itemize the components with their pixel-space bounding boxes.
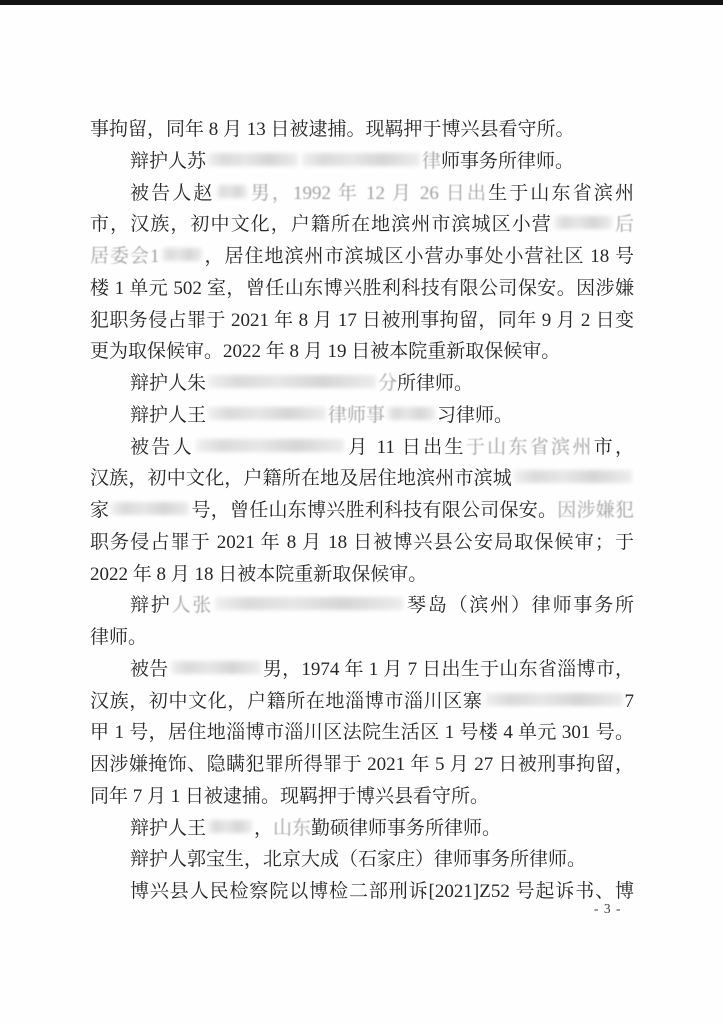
text-segment: 甲 1 号，居住地淄博市淄川区法院生活区 1 号楼 4 单元 301 号。 <box>90 722 634 743</box>
text-segment: 被告人赵 <box>130 183 215 204</box>
text-segment: 勤硕律师事务所律师。 <box>311 818 501 839</box>
redaction-blur <box>514 470 632 483</box>
redaction-blur <box>111 502 189 515</box>
text-segment: 男，1974 年 1 月 7 日出生于山东省淄博市， <box>263 659 634 680</box>
redaction-blur <box>162 248 202 261</box>
text-segment: 市， <box>594 437 634 458</box>
text-line: 辩护人苏律师事务所律师。 <box>90 146 634 178</box>
redaction-blur <box>208 153 298 166</box>
redaction-blur <box>208 407 326 420</box>
text-line: 居委会1，居住地滨州市滨城区小营办事处小营社区 18 号 <box>90 241 634 273</box>
text-line: 辩护人郭宝生，北京大成（石家庄）律师事务所律师。 <box>90 844 634 876</box>
redaction-blur <box>302 153 420 166</box>
text-segment: 事拘留，同年 8 月 13 日被逮捕。现羁押于博兴县看守所。 <box>90 119 575 140</box>
redaction-blur <box>554 216 612 229</box>
text-segment: 辩护人王 <box>130 818 206 839</box>
redaction-blur <box>208 820 252 833</box>
document-body: 事拘留，同年 8 月 13 日被逮捕。现羁押于博兴县看守所。辩护人苏律师事务所律… <box>90 114 634 908</box>
text-segment: 汉族，初中文化，户籍所在地淄博市淄川区寨 <box>90 691 483 712</box>
text-line: 被告人赵男，1992 年 12 月 26 日出生于山东省滨州 <box>90 178 634 210</box>
text-line: 家号，曾任山东博兴胜利科技有限公司保安。因涉嫌犯 <box>90 495 634 527</box>
text-line: 更为取保候审。2022 年 8 月 19 日被本院重新取保候审。 <box>90 336 634 368</box>
text-line: 博兴县人民检察院以博检二部刑诉[2021]Z52 号起诉书、博 <box>90 876 634 908</box>
redaction-blur <box>387 407 435 420</box>
text-line: 职务侵占罪于 2021 年 8 月 18 日被博兴县公安局取保候审；于 <box>90 527 634 559</box>
text-line: 辩护人朱分所律师。 <box>90 368 634 400</box>
text-line: 辩护人张琴岛（滨州）律师事务所 <box>90 590 634 622</box>
text-line: 汉族，初中文化，户籍所在地及居住地滨州市滨城 <box>90 463 634 495</box>
text-segment: 琴岛（滨州）律师事务所 <box>405 595 634 616</box>
text-segment: 家 <box>90 500 109 521</box>
text-segment: 辩护人苏 <box>130 151 206 172</box>
text-segment: 因涉嫌犯 <box>557 500 634 521</box>
text-line: 犯职务侵占罪于 2021 年 8 月 17 日被刑事拘留，同年 9 月 2 日变 <box>90 305 634 337</box>
text-segment: 习律师。 <box>437 405 513 426</box>
redaction-blur <box>196 439 344 452</box>
text-segment: 律师。 <box>90 627 147 648</box>
text-segment: 后 <box>614 214 634 235</box>
text-segment: 山东 <box>273 818 311 839</box>
text-segment: 2022 年 8 月 18 日被本院重新取保候审。 <box>90 564 427 585</box>
text-line: 楼 1 单元 502 室，曾任山东博兴胜利科技有限公司保安。因涉嫌 <box>90 273 634 305</box>
text-segment: 人张 <box>172 595 214 616</box>
text-line: 被告人月 11 日出生于山东省滨州市， <box>90 432 634 464</box>
text-line: 律师。 <box>90 622 634 654</box>
text-line: 市，汉族，初中文化，户籍所在地滨州市滨城区小营后 <box>90 209 634 241</box>
text-segment: 汉族，初中文化，户籍所在地及居住地滨州市滨城 <box>90 468 512 489</box>
page-number: - 3 - <box>594 901 622 917</box>
text-segment: 律师事 <box>328 405 385 426</box>
text-segment: 男，1992 年 12 月 26 日出 <box>249 183 489 204</box>
text-segment: 犯职务侵占罪于 2021 年 8 月 17 日被刑事拘留，同年 9 月 2 日变 <box>90 310 634 331</box>
redaction-blur <box>215 597 403 610</box>
redaction-blur <box>208 375 376 388</box>
text-line: 同年 7 月 1 日被逮捕。现羁押于博兴县看守所。 <box>90 781 634 813</box>
text-segment: 律 <box>422 151 441 172</box>
text-segment: 分 <box>378 373 397 394</box>
scan-edge-artifact <box>0 0 723 5</box>
text-segment: 被告人 <box>130 437 194 458</box>
text-line: 汉族，初中文化，户籍所在地淄博市淄川区寨7 <box>90 686 634 718</box>
text-segment: 号，曾任山东博兴胜利科技有限公司保安。 <box>191 500 557 521</box>
text-segment: 所律师。 <box>397 373 473 394</box>
text-segment: 楼 1 单元 502 室，曾任山东博兴胜利科技有限公司保安。因涉嫌 <box>90 278 634 299</box>
document-page: 事拘留，同年 8 月 13 日被逮捕。现羁押于博兴县看守所。辩护人苏律师事务所律… <box>0 0 723 1024</box>
text-segment: 7 <box>625 691 635 712</box>
text-segment: 职务侵占罪于 2021 年 8 月 18 日被博兴县公安局取保候审；于 <box>90 532 634 553</box>
text-segment: 同年 7 月 1 日被逮捕。现羁押于博兴县看守所。 <box>90 786 489 807</box>
text-segment: 博兴县人民检察院以博检二部刑诉[2021]Z52 号起诉书、博 <box>130 881 634 902</box>
text-segment: 市，汉族，初中文化，户籍所在地滨州市滨城区小营 <box>90 214 552 235</box>
text-segment: 辩护人郭宝生，北京大成（石家庄）律师事务所律师。 <box>130 849 586 870</box>
text-line: 2022 年 8 月 18 日被本院重新取保候审。 <box>90 559 634 591</box>
text-line: 被告男，1974 年 1 月 7 日出生于山东省淄博市， <box>90 654 634 686</box>
text-line: 事拘留，同年 8 月 13 日被逮捕。现羁押于博兴县看守所。 <box>90 114 634 146</box>
text-segment: 被告 <box>130 659 169 680</box>
text-segment: 辩护人朱 <box>130 373 206 394</box>
text-segment: 师事务所律师。 <box>441 151 574 172</box>
text-segment: 月 11 日出生 <box>346 437 466 458</box>
text-segment: ，居住地滨州市滨城区小营办事处小营社区 18 号 <box>204 246 634 267</box>
text-segment: 生于山东省滨州 <box>488 183 634 204</box>
text-line: 辩护人王，山东勤硕律师事务所律师。 <box>90 813 634 845</box>
text-segment: 辩护人王 <box>130 405 206 426</box>
text-line: 因涉嫌掩饰、隐瞒犯罪所得罪于 2021 年 5 月 27 日被刑事拘留， <box>90 749 634 781</box>
redaction-blur <box>171 661 261 674</box>
text-line: 甲 1 号，居住地淄博市淄川区法院生活区 1 号楼 4 单元 301 号。 <box>90 717 634 749</box>
redaction-blur <box>485 693 623 706</box>
text-segment: 于山东省滨州 <box>466 437 594 458</box>
text-segment: 因涉嫌掩饰、隐瞒犯罪所得罪于 2021 年 5 月 27 日被刑事拘留， <box>90 754 634 775</box>
text-segment: 居委会1 <box>90 246 160 267</box>
text-segment: 更为取保候审。2022 年 8 月 19 日被本院重新取保候审。 <box>90 341 560 362</box>
text-segment: ， <box>254 818 273 839</box>
text-segment: 辩护 <box>130 595 172 616</box>
redaction-blur <box>217 185 247 198</box>
text-line: 辩护人王律师事习律师。 <box>90 400 634 432</box>
